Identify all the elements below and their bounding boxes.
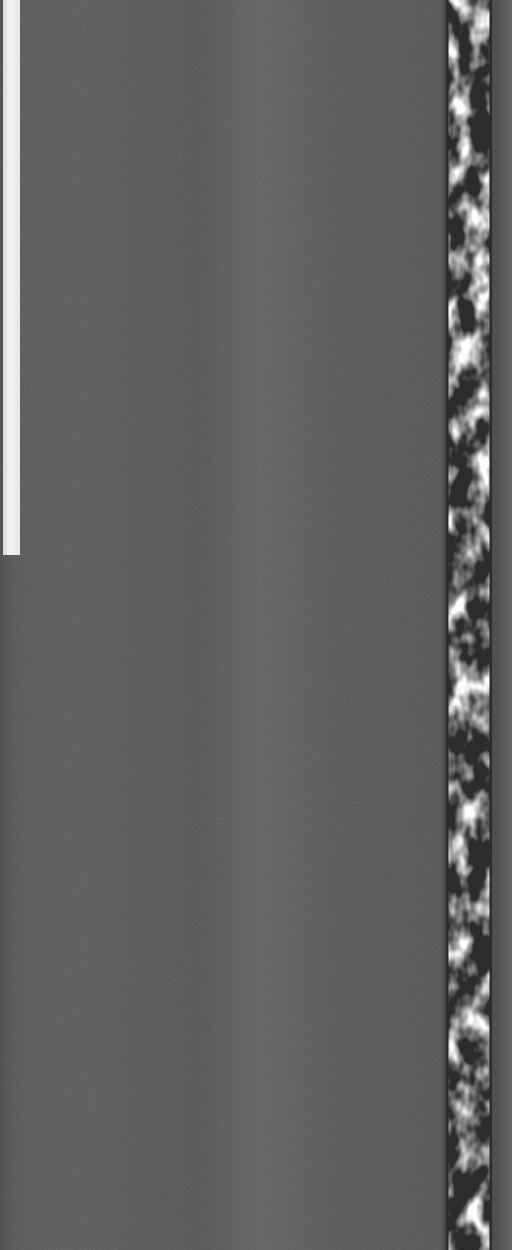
road-surface-photo bbox=[0, 0, 512, 1250]
road-edge bbox=[492, 0, 512, 1250]
asphalt-grain bbox=[0, 0, 512, 1250]
left-lane-line bbox=[3, 0, 20, 555]
worn-edge-line bbox=[448, 0, 490, 1250]
